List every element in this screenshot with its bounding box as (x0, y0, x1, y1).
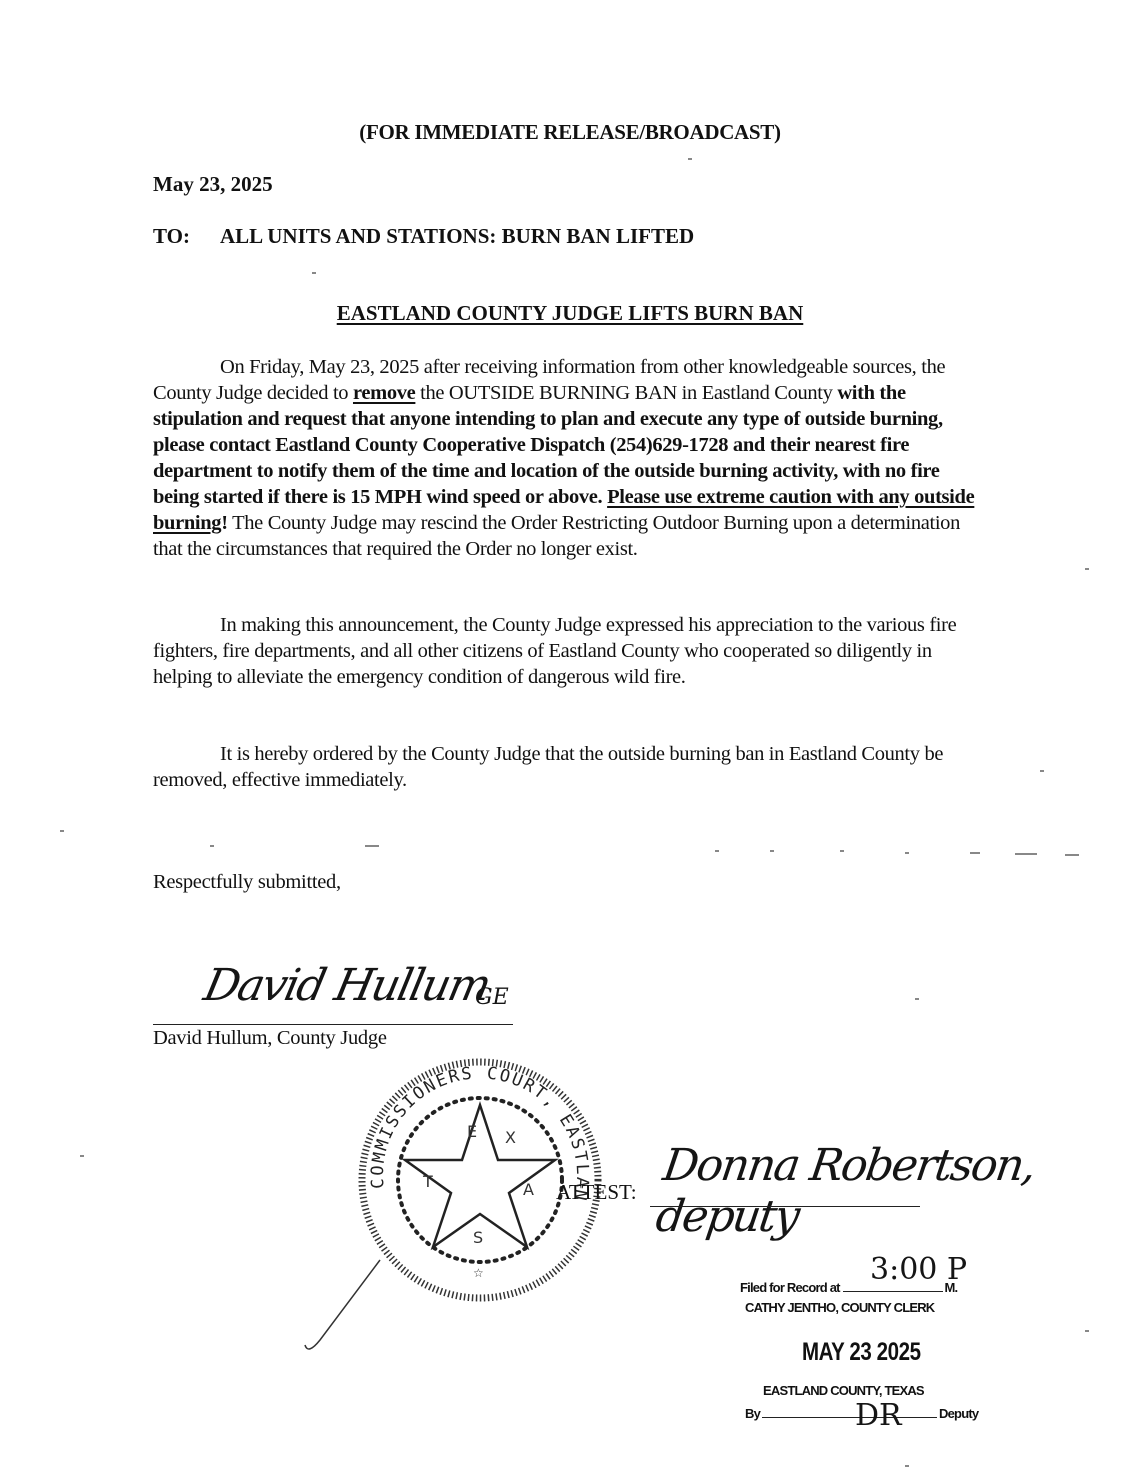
to-recipients: ALL UNITS AND STATIONS: BURN BAN LIFTED (220, 224, 694, 248)
to-line: TO:ALL UNITS AND STATIONS: BURN BAN LIFT… (153, 224, 694, 249)
seal-letter-x: X (505, 1128, 516, 1147)
document-date: May 23, 2025 (153, 172, 273, 197)
headline: EASTLAND COUNTY JUDGE LIFTS BURN BAN (0, 301, 1140, 326)
signature-initials: GE (475, 985, 509, 1010)
deputy-label: Deputy (939, 1406, 978, 1421)
seal-pen-stroke-icon (300, 1250, 390, 1360)
p1-text-3: The County Judge may rescind the Order R… (153, 512, 960, 560)
signer-name: David Hullum, County Judge (153, 1027, 387, 1050)
county-clerk: CATHY JENTHO, COUNTY CLERK (745, 1300, 934, 1315)
deputy-initials: DR (855, 1398, 902, 1433)
p3-text: It is hereby ordered by the County Judge… (153, 743, 943, 791)
paragraph-3: It is hereby ordered by the County Judge… (153, 741, 983, 793)
filed-time: 3:00 P (870, 1252, 967, 1287)
stamp-date: MAY 23 2025 (802, 1338, 921, 1367)
release-heading: (FOR IMMEDIATE RELEASE/BROADCAST) (0, 120, 1140, 145)
judge-signature: David Hullum (200, 960, 494, 1011)
by-label: By (745, 1406, 760, 1421)
p2-text: In making this announcement, the County … (153, 614, 956, 688)
seal-letter-e: E (467, 1122, 477, 1141)
attest-signature: Donna Robertson, deputy (653, 1140, 1140, 1242)
paragraph-2: In making this announcement, the County … (153, 612, 983, 690)
paragraph-1: On Friday, May 23, 2025 after receiving … (153, 354, 983, 562)
seal-letter-a: A (523, 1180, 534, 1199)
attest-signature-line (650, 1206, 920, 1207)
p1-remove-emphasis: remove (353, 382, 415, 404)
to-label: TO: (153, 224, 220, 249)
closing: Respectfully submitted, (153, 871, 341, 894)
svg-text:☆: ☆ (473, 1266, 484, 1280)
seal-letter-s: S (473, 1228, 483, 1247)
attest-label: ATTEST: (556, 1180, 637, 1205)
p1-text-2: the OUTSIDE BURNING BAN in Eastland Coun… (415, 382, 837, 404)
filed-label: Filed for Record at (740, 1280, 840, 1295)
seal-letter-t: T (422, 1172, 433, 1191)
stamp-county: EASTLAND COUNTY, TEXAS (763, 1383, 924, 1398)
signature-line (153, 1024, 513, 1025)
